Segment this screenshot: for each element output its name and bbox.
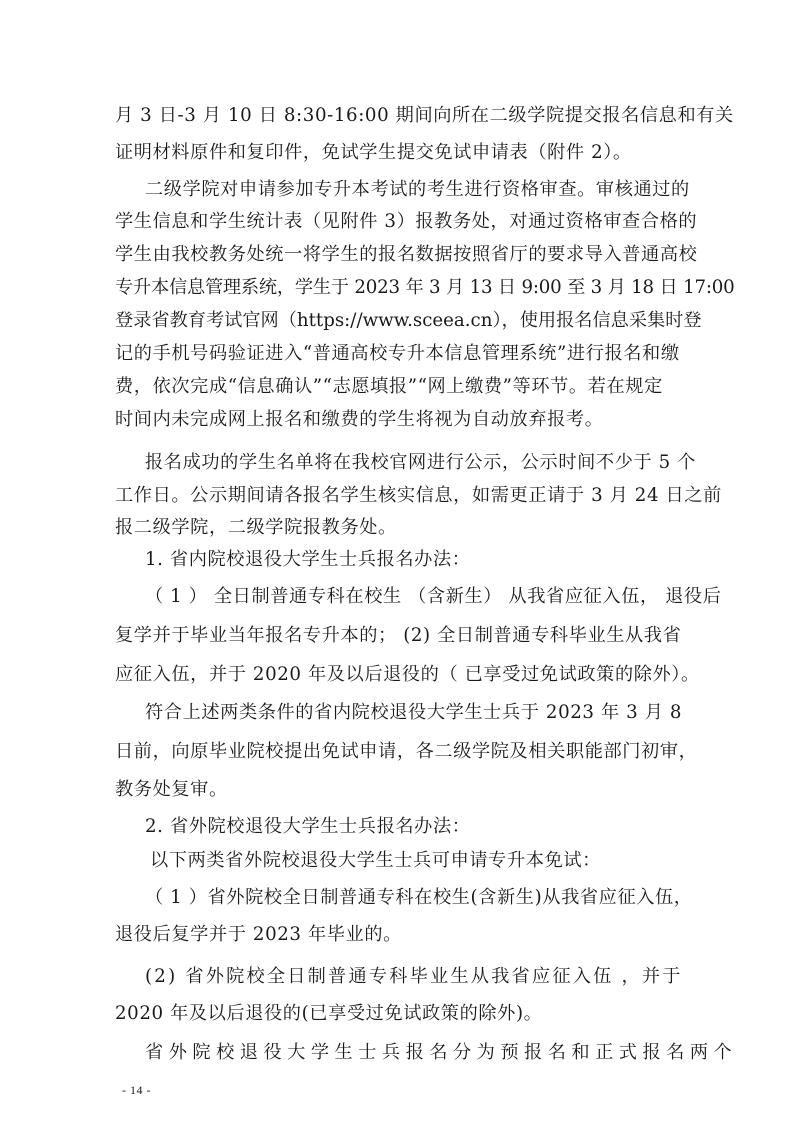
text-line: 学生信息和学生统计表（见附件 3）报教务处，对通过资格审查合格的	[115, 211, 715, 233]
text-line: 退役后复学并于 2023 年毕业的。	[115, 924, 715, 946]
text-line: 2020 年及以后退役的(已享受过免试政策的除外)。	[115, 1003, 715, 1025]
section-heading: 2. 省外院校退役大学生士兵报名办法：	[145, 816, 715, 838]
paragraph-start: 以下两类省外院校退役大学生士兵可申请专升本免试：	[150, 850, 750, 872]
text-line: 费，依次完成“信息确认”“志愿填报”“网上缴费”等环节。若在规定	[115, 376, 715, 398]
text-line: 学生由我校教务处统一将学生的报名数据按照省厅的要求导入普通高校	[115, 244, 715, 266]
text-line: 专升本信息管理系统，学生于 2023 年 3 月 13 日 9:00 至 3 月…	[115, 277, 715, 299]
paragraph-start: (2) 省外院校全日制普通专科毕业生从我省应征入伍 ，并于	[145, 966, 715, 988]
text-line: 工作日。公示期间请各报名学生核实信息，如需更正请于 3 月 24 日之前	[115, 485, 715, 507]
paragraph-start: 二级学院对申请参加专升本考试的考生进行资格审查。审核通过的	[145, 179, 715, 201]
text-line: 日前，向原毕业院校提出免试申请，各二级学院及相关职能部门初审，	[115, 741, 715, 763]
paragraph-start: （ 1 ）省外院校全日制普通专科在校生(含新生)从我省应征入伍，	[145, 887, 715, 909]
text-line: 月 3 日-3 月 10 日 8:30-16:00 期间向所在二级学院提交报名信…	[115, 105, 715, 127]
text-line: 复学并于毕业当年报名专升本的； (2) 全日制普通专科毕业生从我省	[115, 625, 715, 647]
paragraph-start: （ 1 ） 全日制普通专科在校生 （含新生） 从我省应征入伍， 退役后	[145, 586, 715, 608]
section-heading: 1. 省内院校退役大学生士兵报名办法：	[145, 549, 715, 571]
text-line: 记的手机号码验证进入“普通高校专升本信息管理系统”进行报名和缴	[115, 343, 715, 365]
text-line: 登录省教育考试官网（https://www.sceea.cn），使用报名信息采集…	[115, 310, 715, 332]
text-line: 证明材料原件和复印件，免试学生提交免试申请表（附件 2）。	[115, 142, 715, 164]
paragraph-start: 符合上述两类条件的省内院校退役大学生士兵于 2023 年 3 月 8	[145, 702, 715, 724]
paragraph-start: 省外院校退役大学生士兵报名分为预报名和正式报名两个	[145, 1042, 715, 1064]
page-number: - 14 -	[122, 1083, 151, 1098]
text-line: 应征入伍，并于 2020 年及以后退役的（ 已享受过免试政策的除外）。	[115, 664, 715, 686]
document-page: 月 3 日-3 月 10 日 8:30-16:00 期间向所在二级学院提交报名信…	[0, 0, 793, 1122]
paragraph-start: 报名成功的学生名单将在我校官网进行公示，公示时间不少于 5 个	[145, 452, 715, 474]
text-line: 教务处复审。	[115, 779, 715, 801]
text-line: 报二级学院，二级学院报教务处。	[115, 517, 715, 539]
text-line: 时间内未完成网上报名和缴费的学生将视为自动放弃报考。	[115, 409, 715, 431]
